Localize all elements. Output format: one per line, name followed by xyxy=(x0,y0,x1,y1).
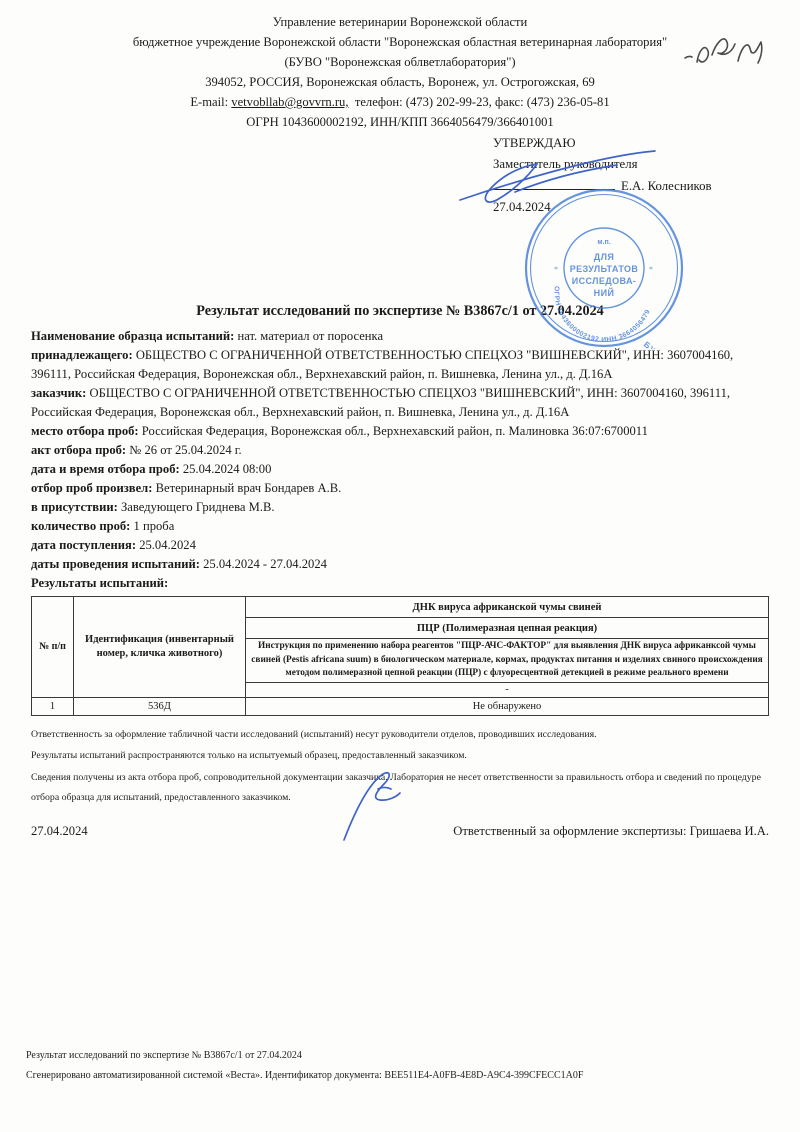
approver-name: Е.А. Колесников xyxy=(621,179,712,193)
note-2: Результаты испытаний распространяются то… xyxy=(31,746,769,767)
field-customer: заказчик: ОБЩЕСТВО С ОГРАНИЧЕННОЙ ОТВЕТС… xyxy=(31,384,769,422)
handwritten-mark xyxy=(681,18,773,80)
field-sample-count: количество проб: 1 проба xyxy=(31,517,769,536)
field-sampling-place: место отбора проб: Российская Федерация,… xyxy=(31,422,769,441)
approver-position: Заместитель руководителя xyxy=(493,154,773,175)
row-id: 536Д xyxy=(74,697,246,715)
org-contacts: E-mail: vetvobllab@govvrn.ru, телефон: (… xyxy=(31,92,769,112)
org-authority: Управление ветеринарии Воронежской облас… xyxy=(31,12,769,32)
field-owner: принадлежащего: ОБЩЕСТВО С ОГРАНИЧЕННОЙ … xyxy=(31,346,769,384)
col-num-header: № п/п xyxy=(32,597,74,698)
field-sampling-datetime: дата и время отбора проб: 25.04.2024 08:… xyxy=(31,460,769,479)
results-section-label: Результаты испытаний: xyxy=(31,574,769,593)
stamp-star-left: * xyxy=(554,265,558,274)
page-footer: Результат исследований по экспертизе № В… xyxy=(26,1046,583,1085)
field-test-dates: даты проведения испытаний: 25.04.2024 - … xyxy=(31,555,769,574)
email-link[interactable]: vetvobllab@govvrn.ru, xyxy=(231,95,348,109)
stamp-center-3: ИССЛЕДОВА- xyxy=(572,276,637,286)
test-name-header: ДНК вируса африканской чумы свиней xyxy=(246,597,769,618)
footer-generated-by: Сгенерировано автоматизированной системо… xyxy=(26,1066,583,1086)
field-sampling-act: акт отбора проб: № 26 от 25.04.2024 г. xyxy=(31,441,769,460)
org-ogrn-inn: ОГРН 1043600002192, ИНН/КПП 3664056479/3… xyxy=(31,112,769,132)
field-sampled-by: отбор проб произвел: Ветеринарный врач Б… xyxy=(31,479,769,498)
col-id-header: Идентификация (инвентарный номер, кличка… xyxy=(74,597,246,698)
document-title: Результат исследований по экспертизе № В… xyxy=(31,302,769,320)
approval-date: 27.04.2024 xyxy=(493,197,773,218)
responsible-person: Ответственный за оформление экспертизы: … xyxy=(453,824,769,839)
method-header: ПЦР (Полимеразная цепная реакция) xyxy=(246,618,769,639)
note-1: Ответственность за оформление табличной … xyxy=(31,725,769,746)
table-row: 1 536Д Не обнаружено xyxy=(32,697,769,715)
approver-signature-line: Е.А. Колесников xyxy=(493,175,773,197)
letterhead: Управление ветеринарии Воронежской облас… xyxy=(31,12,769,132)
row-num: 1 xyxy=(32,697,74,715)
method-detail-header: Инструкция по применению набора реагенто… xyxy=(246,639,769,683)
row-result: Не обнаружено xyxy=(246,697,769,715)
field-sample-name: Наименование образца испытаний: нат. мат… xyxy=(31,327,769,346)
stamp-star-right: * xyxy=(649,265,653,274)
org-address: 394052, РОССИЯ, Воронежская область, Вор… xyxy=(31,72,769,92)
approval-block: УТВЕРЖДАЮ Заместитель руководителя Е.А. … xyxy=(493,133,773,218)
phone-fax: телефон: (473) 202-99-23, факс: (473) 23… xyxy=(355,95,610,109)
footnotes: Ответственность за оформление табличной … xyxy=(31,725,769,809)
stamp-center-4: НИЙ xyxy=(594,287,615,298)
org-name: бюджетное учреждение Воронежской области… xyxy=(31,32,769,52)
stamp-mp: м.п. xyxy=(597,239,610,246)
unit-row: - xyxy=(246,682,769,697)
sample-fields: Наименование образца испытаний: нат. мат… xyxy=(31,327,769,593)
field-receipt-date: дата поступления: 25.04.2024 xyxy=(31,536,769,555)
signature-line xyxy=(493,175,615,190)
signoff-row: 27.04.2024 Ответственный за оформление э… xyxy=(31,824,769,839)
field-witness: в присутствии: Заведующего Гриднева М.В. xyxy=(31,498,769,517)
email-label: E-mail: xyxy=(190,95,228,109)
stamp-center-2: РЕЗУЛЬТАТОВ xyxy=(570,264,639,274)
document-page: Управление ветеринарии Воронежской облас… xyxy=(0,0,800,1132)
org-short-name: (БУВО "Воронежская облветлаборатория") xyxy=(31,52,769,72)
results-table: № п/п Идентификация (инвентарный номер, … xyxy=(31,596,769,716)
footer-expertise-ref: Результат исследований по экспертизе № В… xyxy=(26,1046,583,1066)
stamp-center-1: ДЛЯ xyxy=(594,252,614,262)
note-3: Сведения получены из акта отбора проб, с… xyxy=(31,768,769,809)
approve-word: УТВЕРЖДАЮ xyxy=(493,133,773,154)
signoff-date: 27.04.2024 xyxy=(31,824,88,839)
